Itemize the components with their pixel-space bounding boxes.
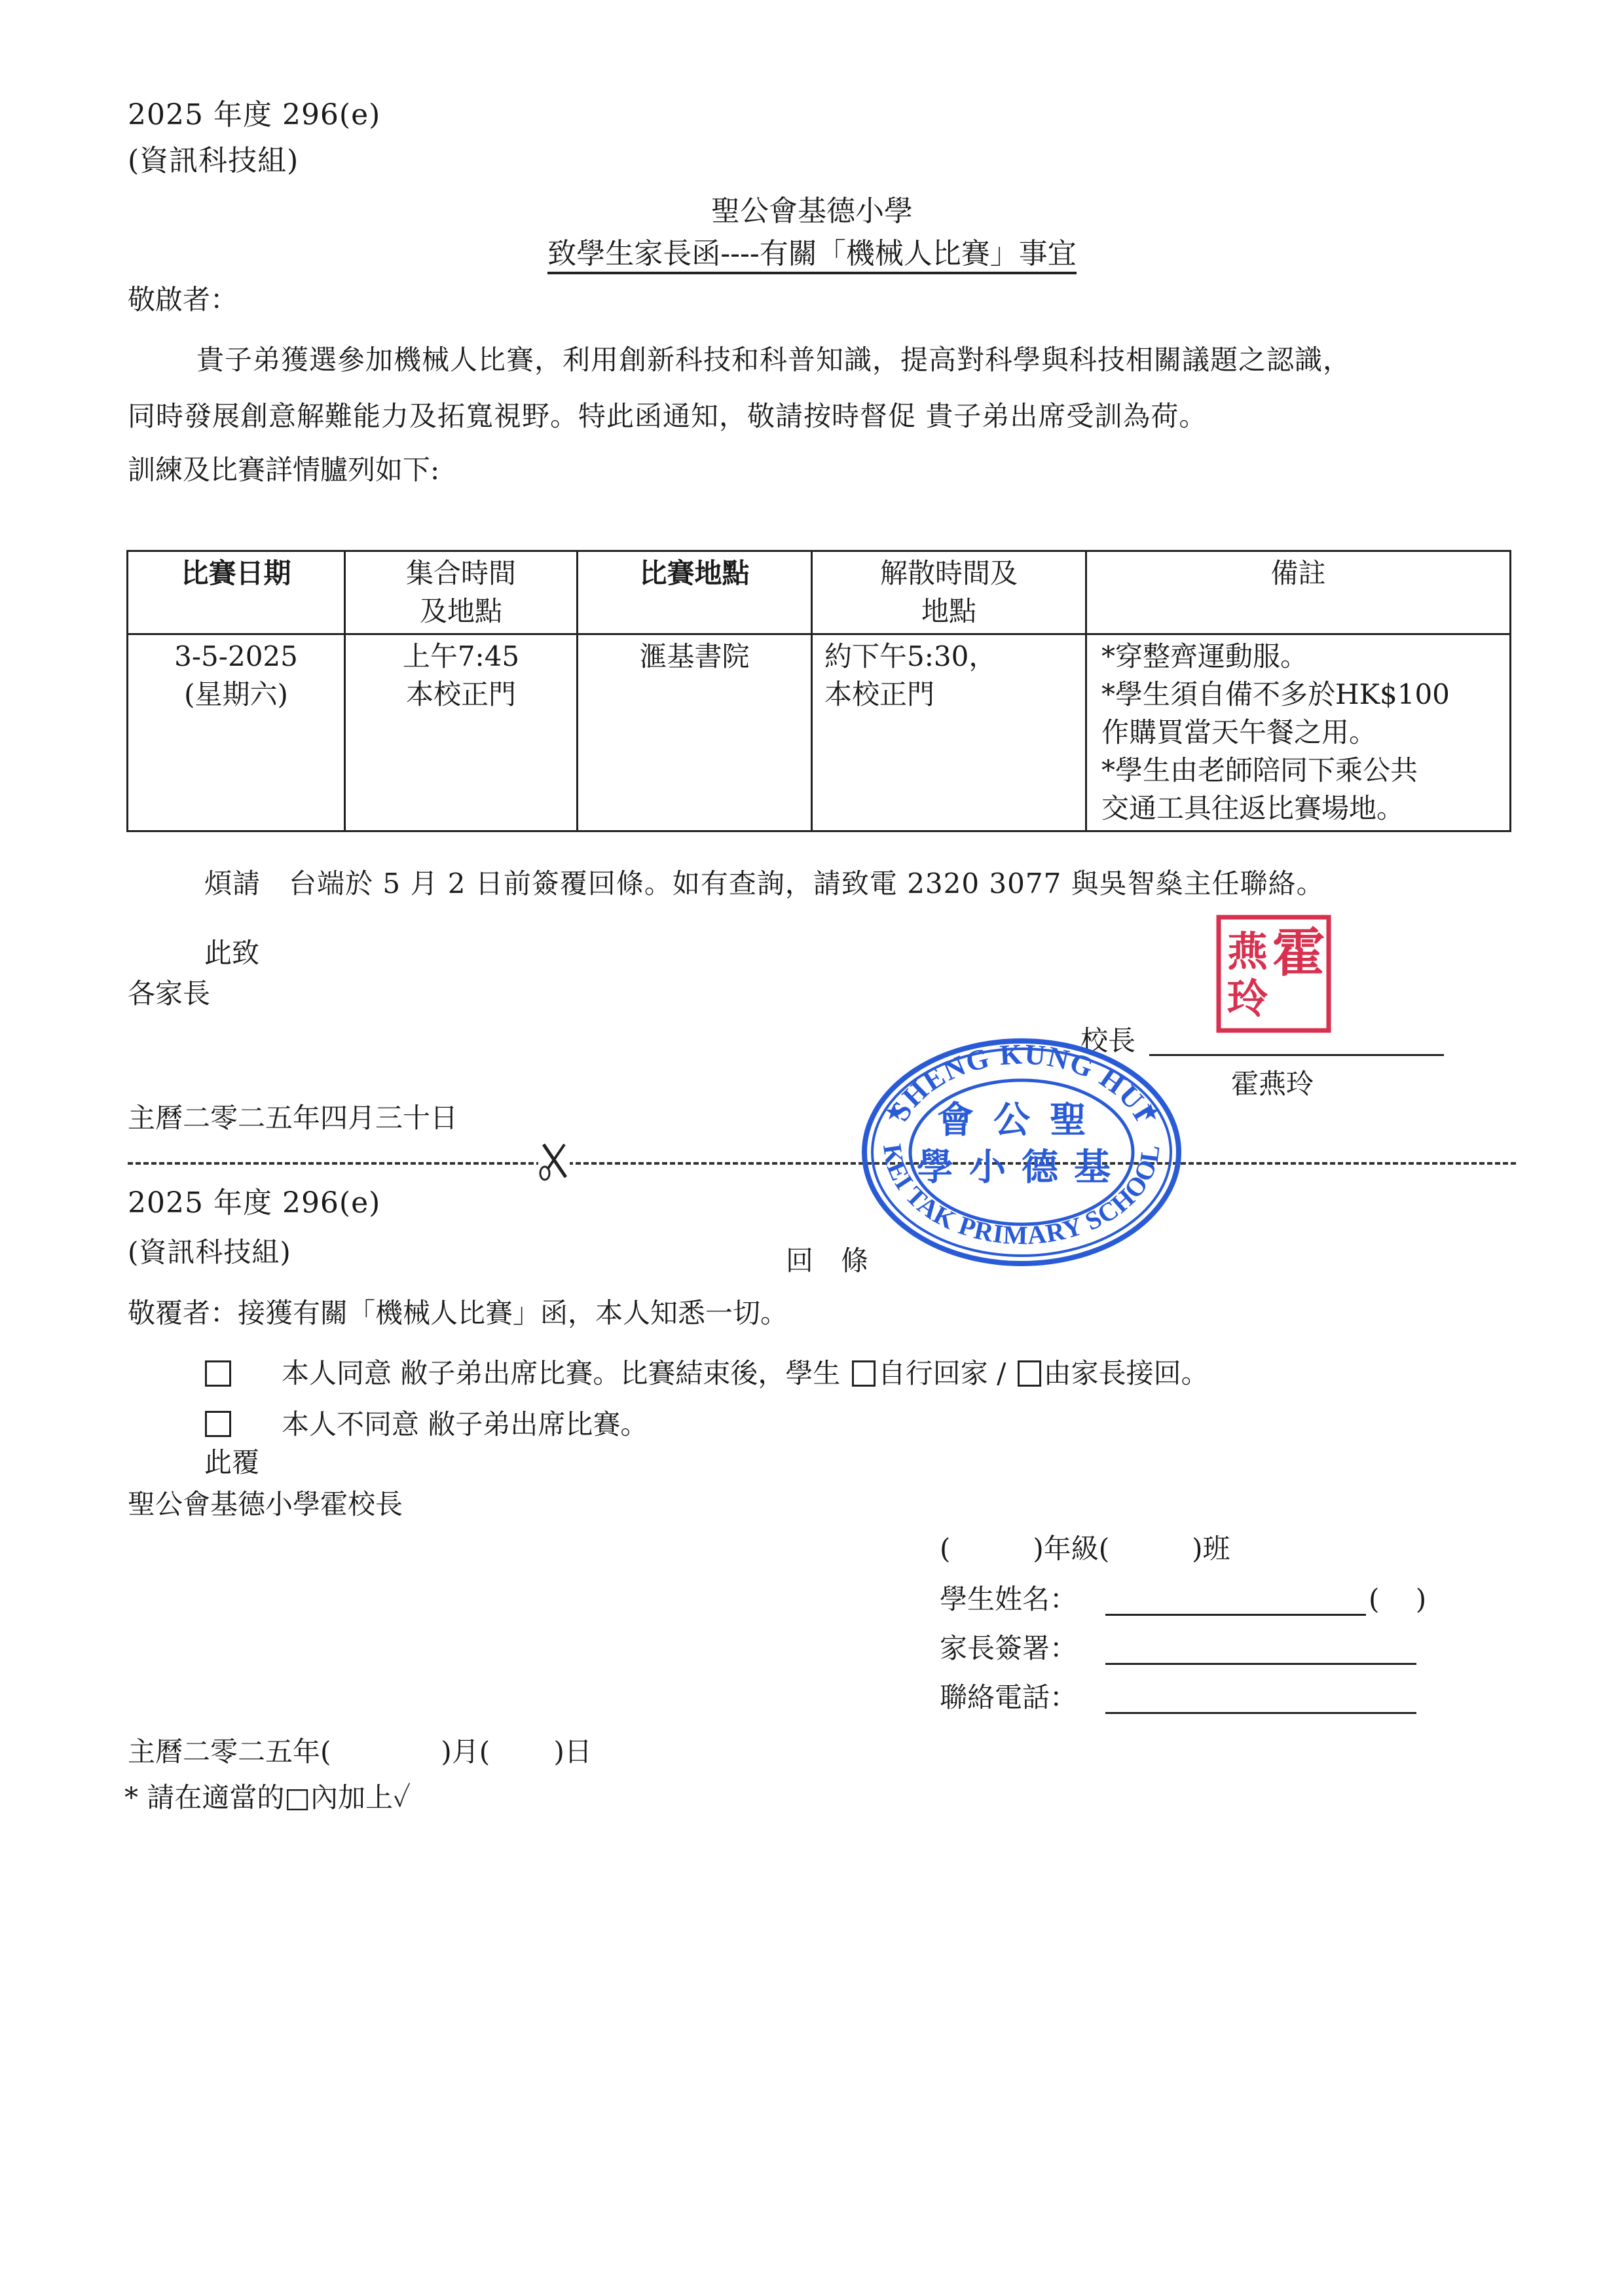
assembly-time: 上午7:45 — [351, 638, 571, 676]
phone-label: 聯絡電話： — [940, 1679, 1077, 1716]
parent-signature-field[interactable] — [1105, 1663, 1416, 1665]
school-seal-blue: SHENG KUNG HUI KEI TAK PRIMARY SCHOOL ★ … — [858, 1034, 1185, 1270]
remark-line: *穿整齊運動服。 — [1101, 638, 1504, 676]
letter-title: 致學生家長函----有關「機械人比賽」事宜 — [547, 237, 1076, 274]
cell-remarks: *穿整齊運動服。 *學生須自備不多於HK$100 作購買當天午餐之用。 *學生由… — [1086, 634, 1511, 831]
parent-pickup-label: 由家長接回。 — [1044, 1357, 1209, 1389]
letter-title-wrap: 致學生家長函----有關「機械人比賽」事宜 — [0, 236, 1624, 272]
reply-department-label: (資訊科技組) — [128, 1234, 291, 1271]
venue-value: 滙基書院 — [583, 638, 805, 676]
disagree-checkbox[interactable] — [205, 1411, 231, 1437]
principal-name: 霍燕玲 — [1231, 1066, 1314, 1102]
disagree-option: 本人不同意 敝子弟出席比賽。 — [282, 1406, 648, 1443]
student-name-label: 學生姓名： — [940, 1581, 1077, 1618]
acknowledgement: 敬覆者：接獲有關「機械人比賽」函，本人知悉一切。 — [128, 1295, 788, 1332]
parent-pickup-checkbox[interactable] — [1018, 1360, 1041, 1387]
svg-text:★: ★ — [884, 1099, 904, 1125]
school-name: 聖公會基德小學 — [0, 193, 1624, 230]
header-assembly-time-place: 集合時間 及地點 — [345, 551, 578, 634]
date-value: 3-5-2025 — [134, 638, 339, 676]
body-paragraph-line-1: 貴子弟獲選參加機械人比賽，利用創新科技和科普知識，提高對科學與科技相關議題之認識… — [196, 342, 1351, 378]
header-dismissal-line2: 地點 — [818, 592, 1080, 630]
header-assembly-line2: 及地點 — [351, 592, 571, 630]
schedule-table: 比賽日期 集合時間 及地點 比賽地點 解散時間及 地點 備註 3-5-2025 … — [126, 550, 1511, 832]
header-assembly-line1: 集合時間 — [351, 555, 571, 592]
reply-closing: 此覆 — [204, 1444, 259, 1481]
cell-assembly: 上午7:45 本校正門 — [345, 634, 578, 831]
table-row: 3-5-2025 (星期六) 上午7:45 本校正門 滙基書院 約下午5:30，… — [128, 634, 1511, 831]
phone-field[interactable] — [1105, 1712, 1416, 1714]
svg-text:會公聖: 會公聖 — [937, 1099, 1106, 1142]
svg-text:霍: 霍 — [1272, 922, 1325, 983]
cut-line — [128, 1162, 1516, 1165]
scissors-icon — [538, 1139, 570, 1182]
student-number-field[interactable]: ( ) — [1369, 1581, 1426, 1618]
details-intro: 訓練及比賽詳情臚列如下: — [128, 452, 439, 488]
remark-line: 交通工具往返比賽場地。 — [1101, 790, 1504, 828]
weekday-value: (星期六) — [134, 676, 339, 714]
dismissal-place: 本校正門 — [824, 676, 1080, 714]
parent-signature-label: 家長簽署： — [940, 1630, 1077, 1667]
svg-text:學小德基: 學小德基 — [917, 1146, 1126, 1189]
agree-checkbox[interactable] — [205, 1360, 231, 1387]
self-return-checkbox[interactable] — [852, 1360, 876, 1387]
footnote: * 請在適當的□內加上✓ — [124, 1779, 411, 1816]
remark-line: *學生須自備不多於HK$100 — [1101, 676, 1504, 714]
reply-slip-title: 回 條 — [786, 1243, 868, 1279]
header-remarks: 備註 — [1086, 551, 1511, 634]
header-dismissal-time-place: 解散時間及 地點 — [812, 551, 1086, 634]
addressee: 各家長 — [128, 975, 210, 1012]
student-name-field[interactable] — [1105, 1614, 1366, 1616]
svg-text:燕: 燕 — [1227, 928, 1268, 975]
svg-text:玲: 玲 — [1227, 975, 1268, 1023]
dismissal-time: 約下午5:30， — [824, 638, 1080, 676]
header-venue: 比賽地點 — [578, 551, 812, 634]
body-paragraph-line-2: 同時發展創意解難能力及拓寬視野。特此函通知，敬請按時督促 貴子弟出席受訓為荷。 — [128, 398, 1207, 435]
remark-line: 作購買當天午餐之用。 — [1101, 714, 1504, 752]
self-return-label: 自行回家 — [878, 1357, 988, 1389]
header-dismissal-line1: 解散時間及 — [818, 555, 1080, 592]
salutation: 敬啟者： — [128, 282, 238, 318]
closing: 此致 — [204, 935, 259, 972]
table-header-row: 比賽日期 集合時間 及地點 比賽地點 解散時間及 地點 備註 — [128, 551, 1511, 634]
separator: / — [997, 1357, 1006, 1389]
letter-date: 主曆二零二五年四月三十日 — [128, 1100, 458, 1137]
department-label: (資訊科技組) — [128, 143, 299, 179]
principal-signature-line — [1149, 1054, 1444, 1056]
cell-date: 3-5-2025 (星期六) — [128, 634, 345, 831]
principal-seal-red: 霍 燕 玲 — [1215, 913, 1333, 1034]
reply-date-line[interactable]: 主曆二零二五年( )月( )日 — [128, 1734, 592, 1770]
class-line[interactable]: ( )年級( )班 — [940, 1531, 1230, 1567]
agree-text: 本人同意 敝子弟出席比賽。比賽結束後，學生 — [282, 1357, 840, 1389]
header-competition-date: 比賽日期 — [128, 551, 345, 634]
agree-option: 本人同意 敝子弟出席比賽。比賽結束後，學生 自行回家 / 由家長接回。 — [282, 1355, 1209, 1392]
reply-addressee: 聖公會基德小學霍校長 — [128, 1486, 403, 1523]
svg-text:★: ★ — [1141, 1099, 1160, 1125]
reply-reference-number: 2025 年度 296(e) — [128, 1185, 380, 1222]
remark-line: *學生由老師陪同下乘公共 — [1101, 752, 1504, 790]
assembly-place: 本校正門 — [351, 676, 571, 714]
cell-venue: 滙基書院 — [578, 634, 812, 831]
reference-number: 2025 年度 296(e) — [128, 97, 380, 134]
cell-dismissal: 約下午5:30， 本校正門 — [812, 634, 1086, 831]
reply-request: 煩請 台端於 5 月 2 日前簽覆回條。如有查詢，請致電 2320 3077 與… — [204, 866, 1325, 902]
